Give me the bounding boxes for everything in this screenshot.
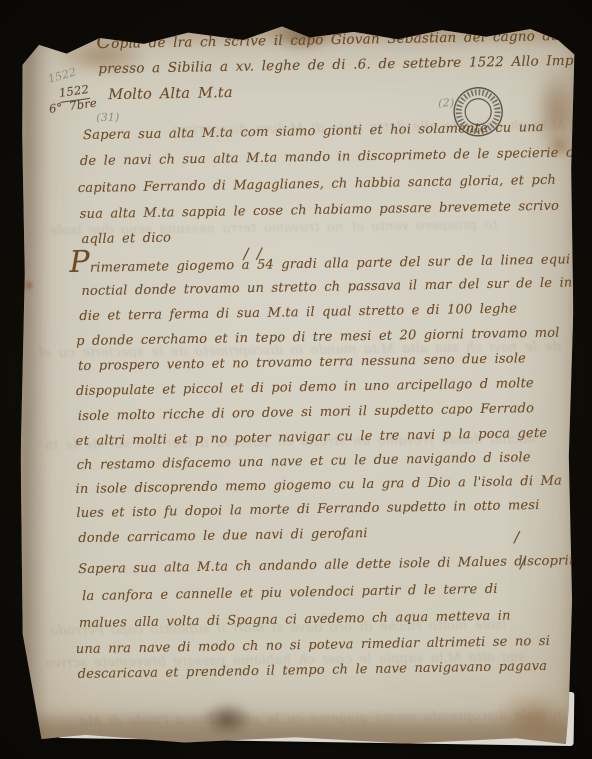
para2-line: dispopulate et piccol et di poi demo in … — [76, 376, 534, 399]
para2-line: isole molto ricche di oro dove si mori i… — [78, 401, 534, 424]
line-end-slash: / — [520, 556, 526, 571]
line-end-slash: / — [514, 530, 520, 545]
para1-line: aqlla et dico — [81, 230, 171, 247]
para3-line: la canfora e cannelle et piu volendoci p… — [82, 582, 498, 604]
manuscript-page: to prospero vento et no trovamo terra ne… — [19, 22, 574, 744]
left-gutter-shadow — [19, 22, 50, 742]
para2-line: donde carricamo le due navi di gerofani — [78, 526, 368, 546]
margin-pencil-folio: (31) — [96, 110, 120, 125]
salutation: Molto Alta M.ta — [108, 86, 233, 103]
para3-line: Sapera sua alta M.ta ch andando alle det… — [78, 553, 590, 577]
heading-line-2: presso a Sibilia a xv. leghe de di .6. d… — [98, 53, 592, 77]
para2-line: in isole discoprendo memo giogemo cu la … — [75, 474, 562, 497]
para2-line: noctial donde trovamo un stretto ch pass… — [81, 275, 572, 299]
pencil-page-number: (2) — [438, 95, 454, 110]
para2-line: Primeramete giogemo a 54 gradi alla part… — [69, 249, 570, 276]
para1-line: de le navi ch sua alta M.ta mando in dis… — [80, 145, 592, 169]
para2-line: ch restamo disfacemo una nave et cu le d… — [77, 450, 531, 473]
para2-line: lues et isto fu dopoi la morte di Ferran… — [76, 498, 539, 521]
margin-ink-date: 6° 7bre — [48, 95, 98, 116]
para2-line: die et terra ferma di sua M.ta il qual s… — [79, 301, 517, 324]
bleedthrough-text: in isole discoprendo memo giogemo cu la … — [79, 708, 566, 729]
para1-line: capitano Ferrando di Magaglianes, ch hab… — [78, 173, 556, 196]
